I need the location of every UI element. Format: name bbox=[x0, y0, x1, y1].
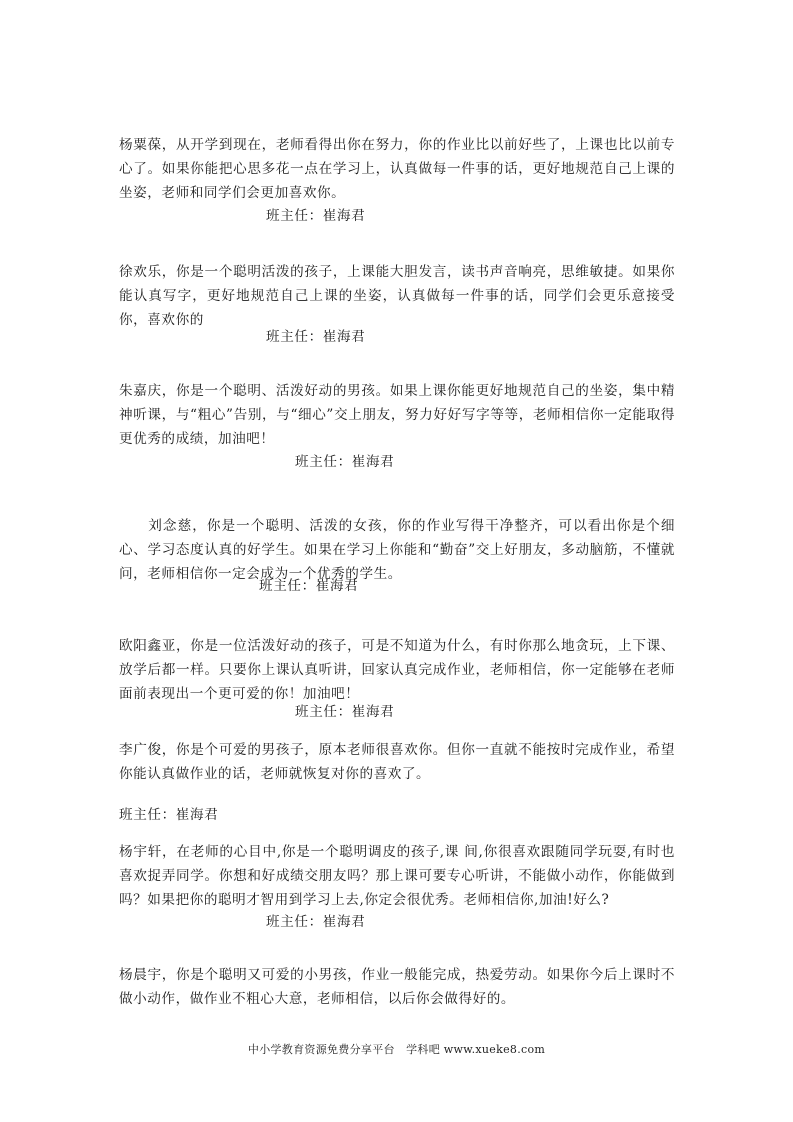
comment-yang-chenyu: 杨晨宇，你是个聪明又可爱的小男孩，作业一般能完成，热爱劳动。如果你今后上课时不做… bbox=[119, 963, 675, 1011]
page-footer: 中小学教育资源免费分享平台 学科吧 www.xueke8.com bbox=[0, 1041, 793, 1057]
comment-yang-suyu: 杨粟葆，从开学到现在，老师看得出你在努力，你的作业比以前好些了，上课也比以前专心… bbox=[119, 133, 675, 205]
comment-xu-huanle: 徐欢乐，你是一个聪明活泼的孩子，上课能大胆发言，读书声音响亮，思维敏捷。如果你能… bbox=[119, 260, 675, 332]
comment-ouyang-xinya: 欧阳鑫亚，你是一位活泼好动的孩子，可是不知道为什么，有时你那么地贪玩，上下课、放… bbox=[119, 634, 675, 706]
comment-yang-yuxuan: 杨宇轩，在老师的心目中,你是一个聪明调皮的孩子,课 间,你很喜欢跟随同学玩耍,有… bbox=[119, 840, 675, 912]
signature: 班主任：崔海君 bbox=[266, 327, 365, 347]
document-page: 杨粟葆，从开学到现在，老师看得出你在努力，你的作业比以前好些了，上课也比以前专心… bbox=[0, 0, 793, 1122]
signature: 班主任：崔海君 bbox=[266, 912, 365, 932]
comment-li-guangjun: 李广俊，你是个可爱的男孩子，原本老师很喜欢你。但你一直就不能按时完成作业，希望你… bbox=[119, 738, 675, 786]
signature: 班主任：崔海君 bbox=[266, 206, 365, 226]
signature: 班主任：崔海君 bbox=[295, 702, 394, 722]
signature: 班主任：崔海君 bbox=[295, 452, 394, 472]
comment-zhu-jiaqing: 朱嘉庆，你是一个聪明、活泼好动的男孩。如果上课你能更好地规范自己的坐姿，集中精神… bbox=[119, 379, 675, 451]
signature: 班主任：崔海君 bbox=[119, 805, 218, 825]
comment-liu-nianci: 刘念慈，你是一个聪明、活泼的女孩，你的作业写得干净整齐，可以看出你是个细心、学习… bbox=[119, 514, 675, 586]
signature: 班主任：崔海君 bbox=[259, 576, 358, 596]
